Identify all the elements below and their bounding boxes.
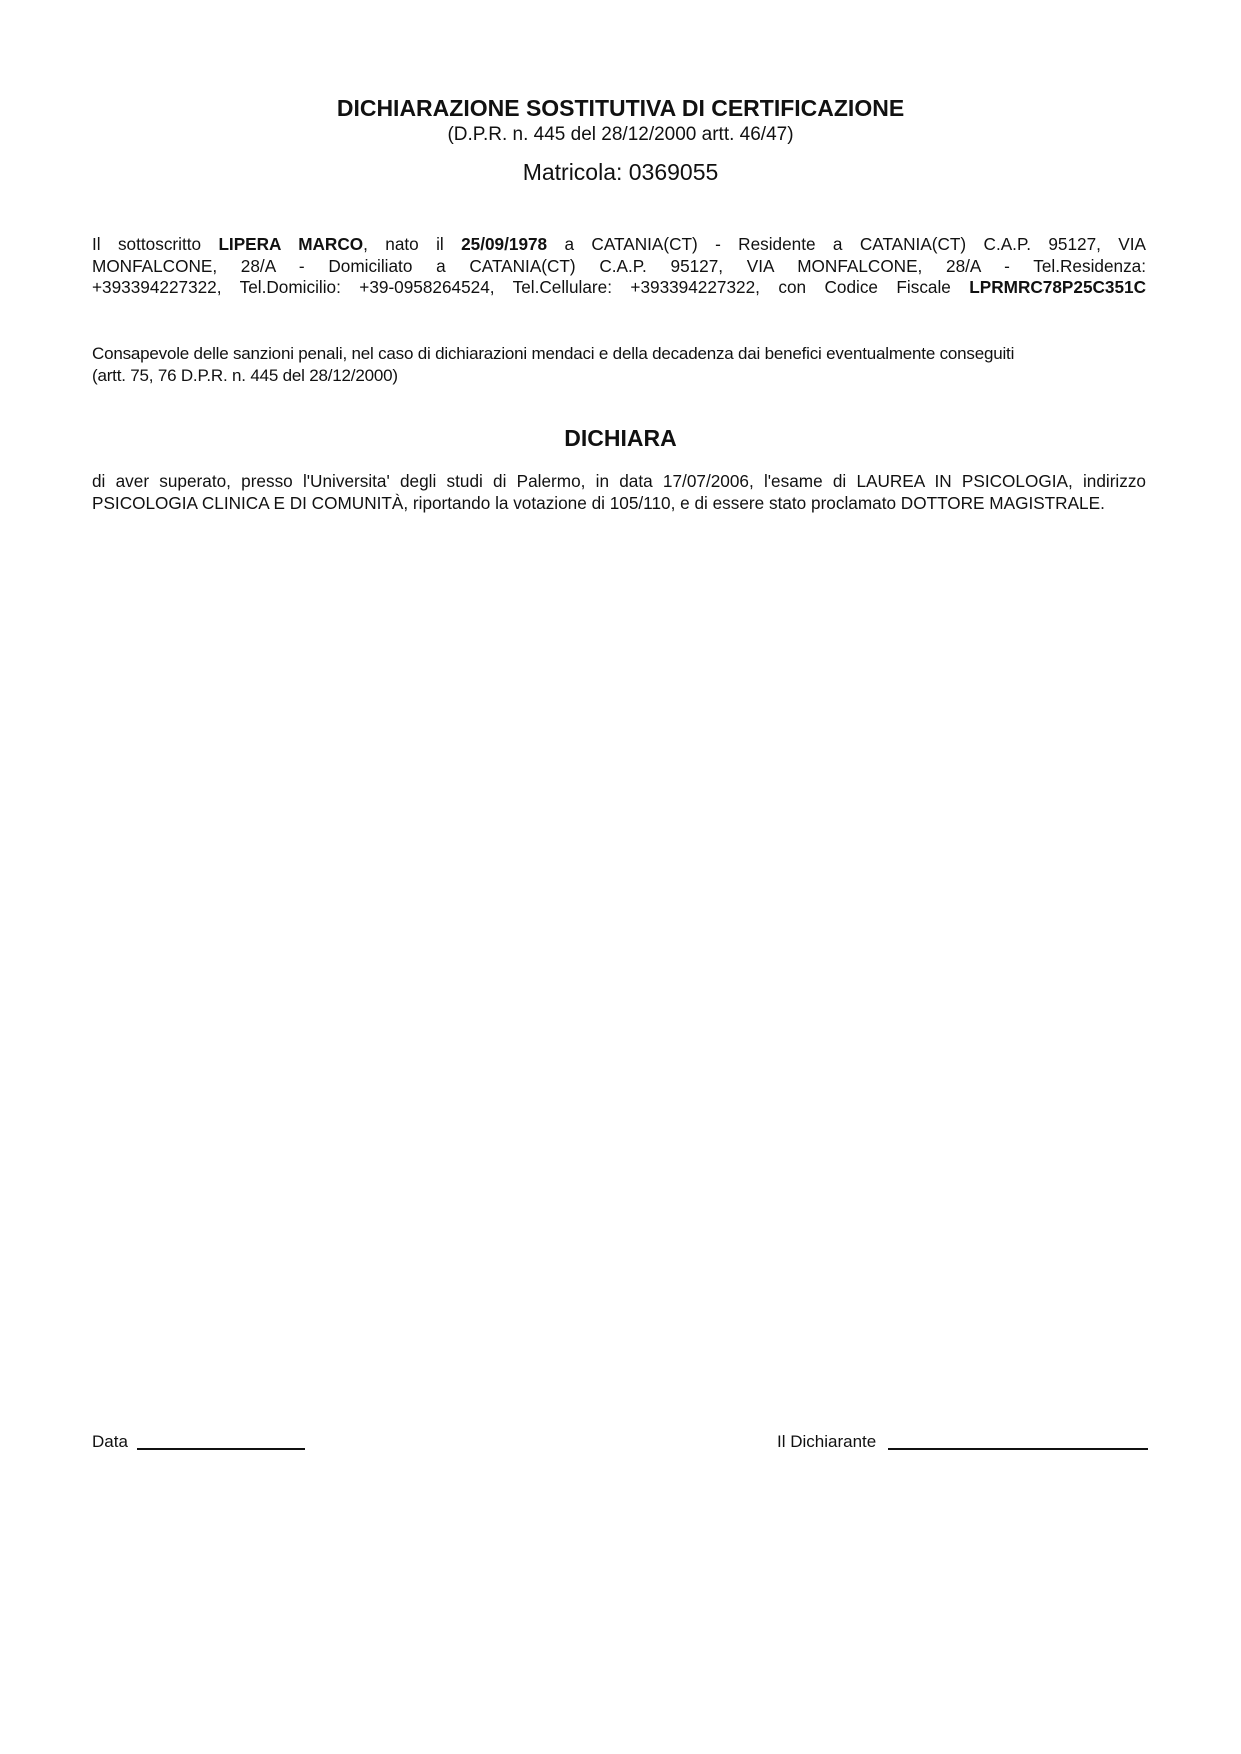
document-subtitle: (D.P.R. n. 445 del 28/12/2000 artt. 46/4… xyxy=(0,124,1241,146)
dichiara-heading: DICHIARA xyxy=(0,425,1241,452)
declarant-name: LIPERA MARCO xyxy=(218,234,363,254)
matricola: Matricola: 0369055 xyxy=(0,159,1241,186)
birth-date: 25/09/1978 xyxy=(461,234,547,254)
consapevole-line-2: (artt. 75, 76 D.P.R. n. 445 del 28/12/20… xyxy=(92,365,1146,387)
date-signature-line xyxy=(137,1448,305,1450)
declarant-signature-line xyxy=(888,1448,1148,1450)
declarant-line-1: Il sottoscritto LIPERA MARCO, nato il 25… xyxy=(92,234,1146,256)
intro-prefix: Il sottoscritto xyxy=(92,234,218,254)
dichiara-body: di aver superato, presso l'Universita' d… xyxy=(92,471,1146,514)
residence-text: a CATANIA(CT) - Residente a CATANIA(CT) … xyxy=(547,234,1146,254)
declarant-line-3: +393394227322, Tel.Domicilio: +39-095826… xyxy=(92,277,1146,299)
born-text: , nato il xyxy=(363,234,461,254)
consapevole-line-1: Consapevole delle sanzioni penali, nel c… xyxy=(92,343,1146,365)
consapevole-paragraph: Consapevole delle sanzioni penali, nel c… xyxy=(92,343,1146,386)
date-label: Data xyxy=(92,1432,128,1452)
declarant-details: Il sottoscritto LIPERA MARCO, nato il 25… xyxy=(92,234,1146,299)
document-title: DICHIARAZIONE SOSTITUTIVA DI CERTIFICAZI… xyxy=(0,95,1241,122)
declarant-signature-label: Il Dichiarante xyxy=(777,1432,876,1452)
phones-text: +393394227322, Tel.Domicilio: +39-095826… xyxy=(92,277,969,297)
codice-fiscale: LPRMRC78P25C351C xyxy=(969,277,1146,297)
declarant-line-2: MONFALCONE, 28/A - Domiciliato a CATANIA… xyxy=(92,256,1146,278)
